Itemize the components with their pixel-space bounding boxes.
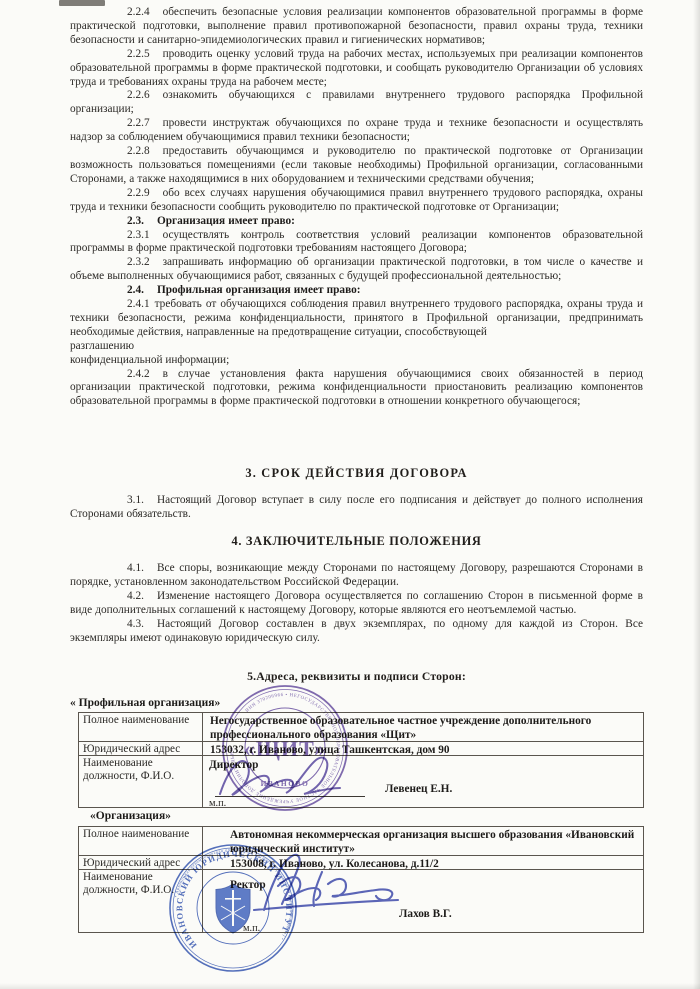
clause-2-4-1-tail: разглашению: [70, 340, 643, 354]
section-5-heading: 5.Адреса, реквизиты и подписи Сторон:: [70, 670, 643, 683]
signature-levenets: [212, 748, 362, 803]
clause-number: 2.2.7: [127, 117, 150, 129]
clause-text: Профильная организация имеет право:: [157, 284, 361, 296]
clause-text: требовать от обучающихся соблюдения прав…: [70, 298, 643, 338]
clause-2-4: 2.4.Профильная организация имеет право:: [70, 284, 643, 298]
scan-edge-shadow: [693, 0, 700, 989]
clause-number: 2.2.9: [127, 187, 150, 199]
clause-2-3-2: 2.3.2запрашивать информацию об организац…: [70, 256, 643, 284]
signature-lakhov: [248, 846, 463, 918]
row-label: Наименование должности, Ф.И.О.: [79, 756, 203, 807]
clause-number: 2.2.4: [127, 6, 150, 18]
clause-number: 2.2.6: [127, 89, 150, 101]
party1-heading: « Профильная организация»: [70, 697, 220, 709]
section-4-heading: 4. ЗАКЛЮЧИТЕЛЬНЫЕ ПОЛОЖЕНИЯ: [70, 534, 643, 549]
clause-number: 2.3.: [127, 215, 144, 227]
clause-number: 2.2.5: [127, 48, 150, 60]
clause-text: проводить оценку условий труда на рабочи…: [70, 48, 643, 88]
clause-text: Настоящий Договор вступает в силу после …: [70, 494, 643, 520]
clause-number: 2.4.2: [127, 368, 150, 380]
clause-2-4-1: 2.4.1требовать от обучающихся соблюдения…: [70, 298, 643, 340]
clause-2-2-4: 2.2.4обеспечить безопасные условия реали…: [70, 6, 643, 48]
clause-4-3: 4.3.Настоящий Договор составлен в двух э…: [70, 618, 643, 646]
clause-text: обеспечить безопасные условия реализации…: [70, 6, 643, 46]
clause-2-4-2: 2.4.2в случае установления факта нарушен…: [70, 368, 643, 410]
scan-edge-shadow: [0, 983, 700, 989]
stamp-emblem-shield-icon: [216, 884, 250, 933]
clause-number: 2.4.1: [127, 298, 150, 310]
clause-number: 2.3.1: [127, 229, 150, 241]
clause-text: провести инструктаж обучающихся по охран…: [70, 117, 643, 143]
section-3-body: 3.1.Настоящий Договор вступает в силу по…: [70, 494, 643, 522]
clause-text: ознакомить обучающихся с правилами внутр…: [70, 89, 643, 115]
clause-text: предоставить обучающимся и руководителю …: [70, 145, 643, 185]
clause-4-2: 4.2.Изменение настоящего Договора осущес…: [70, 590, 643, 618]
clause-number: 4.2.: [127, 590, 144, 602]
clause-number: 4.3.: [127, 618, 144, 630]
clause-2-2-9: 2.2.9обо всех случаях нарушения обучающи…: [70, 187, 643, 215]
clause-text: запрашивать информацию об организации пр…: [70, 256, 643, 282]
section-4-body: 4.1.Все споры, возникающие между Сторона…: [70, 562, 643, 645]
clause-2-2-5: 2.2.5проводить оценку условий труда на р…: [70, 48, 643, 90]
clause-number: 4.1.: [127, 562, 144, 574]
clause-text: в случае установления факта нарушения об…: [70, 368, 643, 408]
clause-number: 2.3.2: [127, 256, 150, 268]
scanned-contract-page: 2.2.4обеспечить безопасные условия реали…: [0, 0, 700, 989]
clause-text: обо всех случаях нарушения обучающимися …: [70, 187, 643, 213]
clause-2-2-7: 2.2.7провести инструктаж обучающихся по …: [70, 117, 643, 145]
table-row: Полное наименование Негосударственное об…: [79, 713, 643, 742]
party2-heading: «Организация»: [90, 810, 171, 822]
section-2-obligations: 2.2.4обеспечить безопасные условия реали…: [70, 6, 643, 409]
clause-text: Изменение настоящего Договора осуществля…: [70, 590, 643, 616]
clause-4-1: 4.1.Все споры, возникающие между Сторона…: [70, 562, 643, 590]
clause-2-4-1-tail: конфиденциальной информации;: [70, 354, 643, 368]
clause-text: Организация имеет право:: [157, 215, 295, 227]
clause-text: осуществлять контроль соответствия услов…: [70, 229, 643, 255]
clause-text: Все споры, возникающие между Сторонами п…: [70, 562, 643, 588]
clause-2-2-6: 2.2.6ознакомить обучающихся с правилами …: [70, 89, 643, 117]
row-label: Юридический адрес: [79, 742, 203, 755]
clause-3-1: 3.1.Настоящий Договор вступает в силу по…: [70, 494, 643, 522]
clause-2-2-8: 2.2.8предоставить обучающимся и руководи…: [70, 145, 643, 187]
clause-number: 2.4.: [127, 284, 144, 296]
signer-name: Левенец Е.Н.: [385, 782, 452, 796]
clause-number: 3.1.: [127, 494, 144, 506]
clause-2-3: 2.3.Организация имеет право:: [70, 215, 643, 229]
row-label: Полное наименование: [79, 713, 203, 741]
clause-number: 2.2.8: [127, 145, 150, 157]
clause-text: Настоящий Договор составлен в двух экзем…: [70, 618, 643, 644]
clause-2-3-1: 2.3.1осуществлять контроль соответствия …: [70, 229, 643, 257]
section-3-heading: 3. СРОК ДЕЙСТВИЯ ДОГОВОРА: [70, 466, 643, 481]
